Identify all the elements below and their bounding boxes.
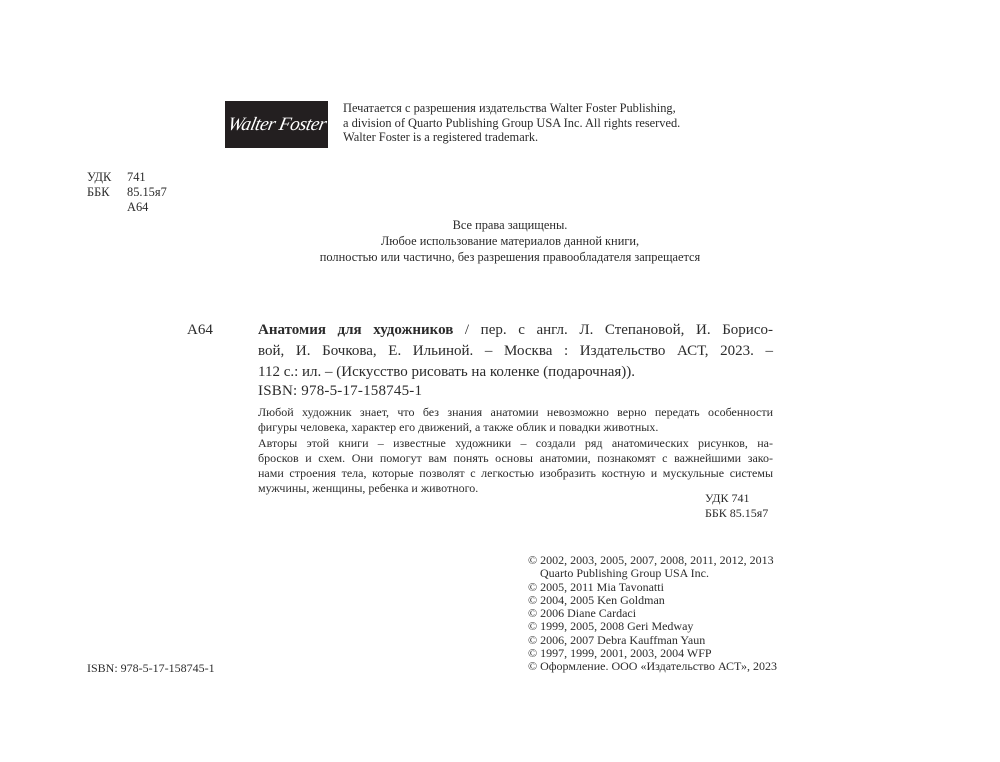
copyright-line: © 1997, 1999, 2001, 2003, 2004 WFP: [528, 647, 777, 660]
bbk-bottom: ББК 85.15я7: [705, 506, 768, 521]
isbn-main: ISBN: 978-5-17-158745-1: [258, 383, 422, 400]
classification-codes: УДК 741 ББК 85.15я7 А64: [87, 170, 167, 215]
permission-line: a division of Quarto Publishing Group US…: [343, 116, 680, 131]
udk-row: УДК 741: [87, 170, 167, 185]
rights-line: Любое использование материалов данной кн…: [300, 233, 720, 249]
copyright-list: © 2002, 2003, 2005, 2007, 2008, 2011, 20…: [528, 554, 777, 674]
annotation: Любой художник знает, что без знания ана…: [258, 405, 773, 497]
rights-notice: Все права защищены. Любое использование …: [300, 217, 720, 265]
book-title: Анатомия для художников: [258, 322, 453, 338]
annotation-line: нами строения тела, которые позволят с л…: [258, 466, 773, 481]
udk-bottom: УДК 741: [705, 491, 768, 506]
bbk-value: 85.15я7: [127, 185, 167, 200]
permission-line: Walter Foster is a registered trademark.: [343, 130, 680, 145]
walter-foster-logo: Walter Foster: [225, 101, 328, 148]
annotation-line: мужчины, женщины, ребенка и животного.: [258, 481, 773, 496]
author-mark-value: А64: [127, 200, 148, 215]
bib-line: Анатомия для художников / пер. с англ. Л…: [258, 320, 773, 341]
annotation-line: Любой художник знает, что без знания ана…: [258, 405, 773, 420]
copyright-line: Quarto Publishing Group USA Inc.: [528, 567, 777, 580]
copyright-line: © Оформление. ООО «Издательство АСТ», 20…: [528, 660, 777, 673]
permission-notice: Печатается с разрешения издательства Wal…: [343, 101, 680, 145]
udk-label: УДК: [87, 170, 127, 185]
bib-responsibility: / пер. с англ. Л. Степановой, И. Борисо-: [453, 322, 773, 338]
bibliographic-code: А64: [187, 322, 213, 339]
copyright-line: © 2002, 2003, 2005, 2007, 2008, 2011, 20…: [528, 554, 777, 567]
classification-bottom: УДК 741 ББК 85.15я7: [705, 491, 768, 521]
annotation-line: бросков и схем. Они помогут вам понять о…: [258, 451, 773, 466]
annotation-line: Авторы этой книги – известные художники …: [258, 436, 773, 451]
author-mark: А64: [87, 200, 167, 215]
copyright-line: © 1999, 2005, 2008 Geri Medway: [528, 620, 777, 633]
isbn-bottom: ISBN: 978-5-17-158745-1: [87, 661, 215, 676]
copyright-line: © 2006, 2007 Debra Kauffman Yaun: [528, 634, 777, 647]
logo-text: Walter Foster: [225, 114, 328, 136]
rights-line: Все права защищены.: [300, 217, 720, 233]
udk-value: 741: [127, 170, 146, 185]
bib-line: вой, И. Бочкова, Е. Ильиной. – Москва : …: [258, 341, 773, 362]
bibliographic-record: Анатомия для художников / пер. с англ. Л…: [258, 320, 773, 383]
annotation-line: фигуры человека, характер его движений, …: [258, 420, 773, 435]
copyright-line: © 2004, 2005 Ken Goldman: [528, 594, 777, 607]
bbk-label: ББК: [87, 185, 127, 200]
bbk-row: ББК 85.15я7: [87, 185, 167, 200]
copyright-line: © 2006 Diane Cardaci: [528, 607, 777, 620]
rights-line: полностью или частично, без разрешения п…: [300, 249, 720, 265]
bib-line: 112 с.: ил. – (Искусство рисовать на кол…: [258, 362, 773, 383]
copyright-line: © 2005, 2011 Mia Tavonatti: [528, 581, 777, 594]
permission-line: Печатается с разрешения издательства Wal…: [343, 101, 680, 116]
